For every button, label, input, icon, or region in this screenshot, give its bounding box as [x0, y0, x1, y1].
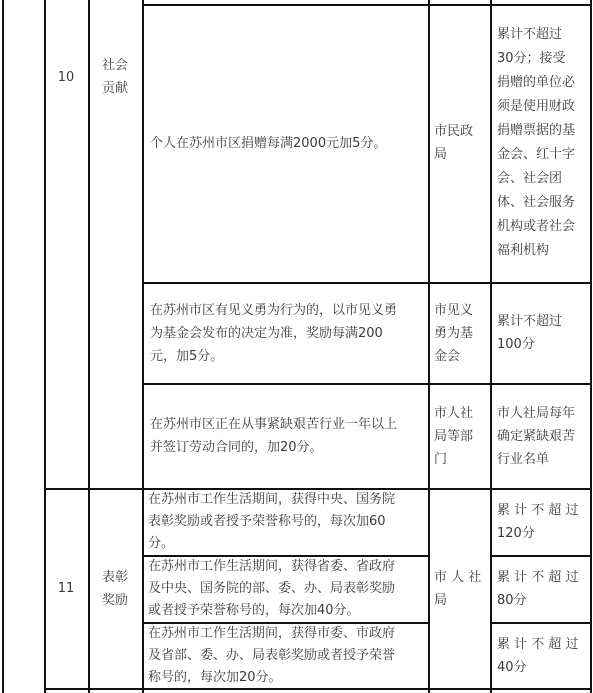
criteria-cell: 在苏州市工作生活期间，获得市委、市政府 及省部、委、办、局表彰奖励或者授予荣誉 …	[148, 623, 428, 688]
criteria-cell: 在苏州市工作生活期间，获得中央、国务院 表彰奖励或者授予荣誉称号的，每次加60 …	[148, 489, 428, 555]
note-cell: 市人社局每年 确定紧缺艰苦 行业名单	[497, 384, 590, 488]
table-border-left	[2, 0, 4, 693]
table-divider	[490, 0, 492, 693]
department-cell: 市 人 社 局	[434, 489, 490, 688]
department-cell: 市民政 局	[434, 4, 490, 282]
department-cell: 市人社 局等部 门	[434, 384, 490, 488]
row-category: 社会 贡献	[88, 4, 142, 150]
note-cell: 累 计 不 超 过 40分	[497, 623, 590, 688]
department-cell: 市见义 勇为基 金会	[434, 283, 490, 383]
table-border-right	[590, 0, 592, 693]
note-cell: 累计不超过 30分；接受 捐赠的单位必 须是使用财政 捐赠票据的基 金会、红十字…	[497, 4, 590, 282]
note-cell: 累 计 不 超 过 80分	[497, 556, 590, 622]
criteria-cell: 在苏州市工作生活期间，获得省委、省政府 及中央、国务院的部、委、办、局表彰奖励 …	[148, 556, 428, 622]
note-cell: 累 计 不 超 过 120分	[497, 489, 590, 555]
criteria-cell: 在苏州市区有见义勇为行为的，以市见义勇 为基金会发布的决定为准，奖励每满200 …	[150, 283, 428, 383]
row-category: 表彰 奖励	[88, 489, 142, 688]
row-index: 10	[44, 4, 88, 150]
criteria-cell: 个人在苏州市区捐赠每满2000元加5分。	[150, 4, 428, 282]
table-divider	[428, 0, 430, 693]
note-cell: 累计不超过 100分	[497, 283, 590, 383]
table-divider	[142, 0, 144, 693]
row-index: 11	[44, 489, 88, 688]
criteria-cell: 在苏州市区正在从事紧缺艰苦行业一年以上 并签订劳动合同的，加20分。	[150, 384, 428, 488]
